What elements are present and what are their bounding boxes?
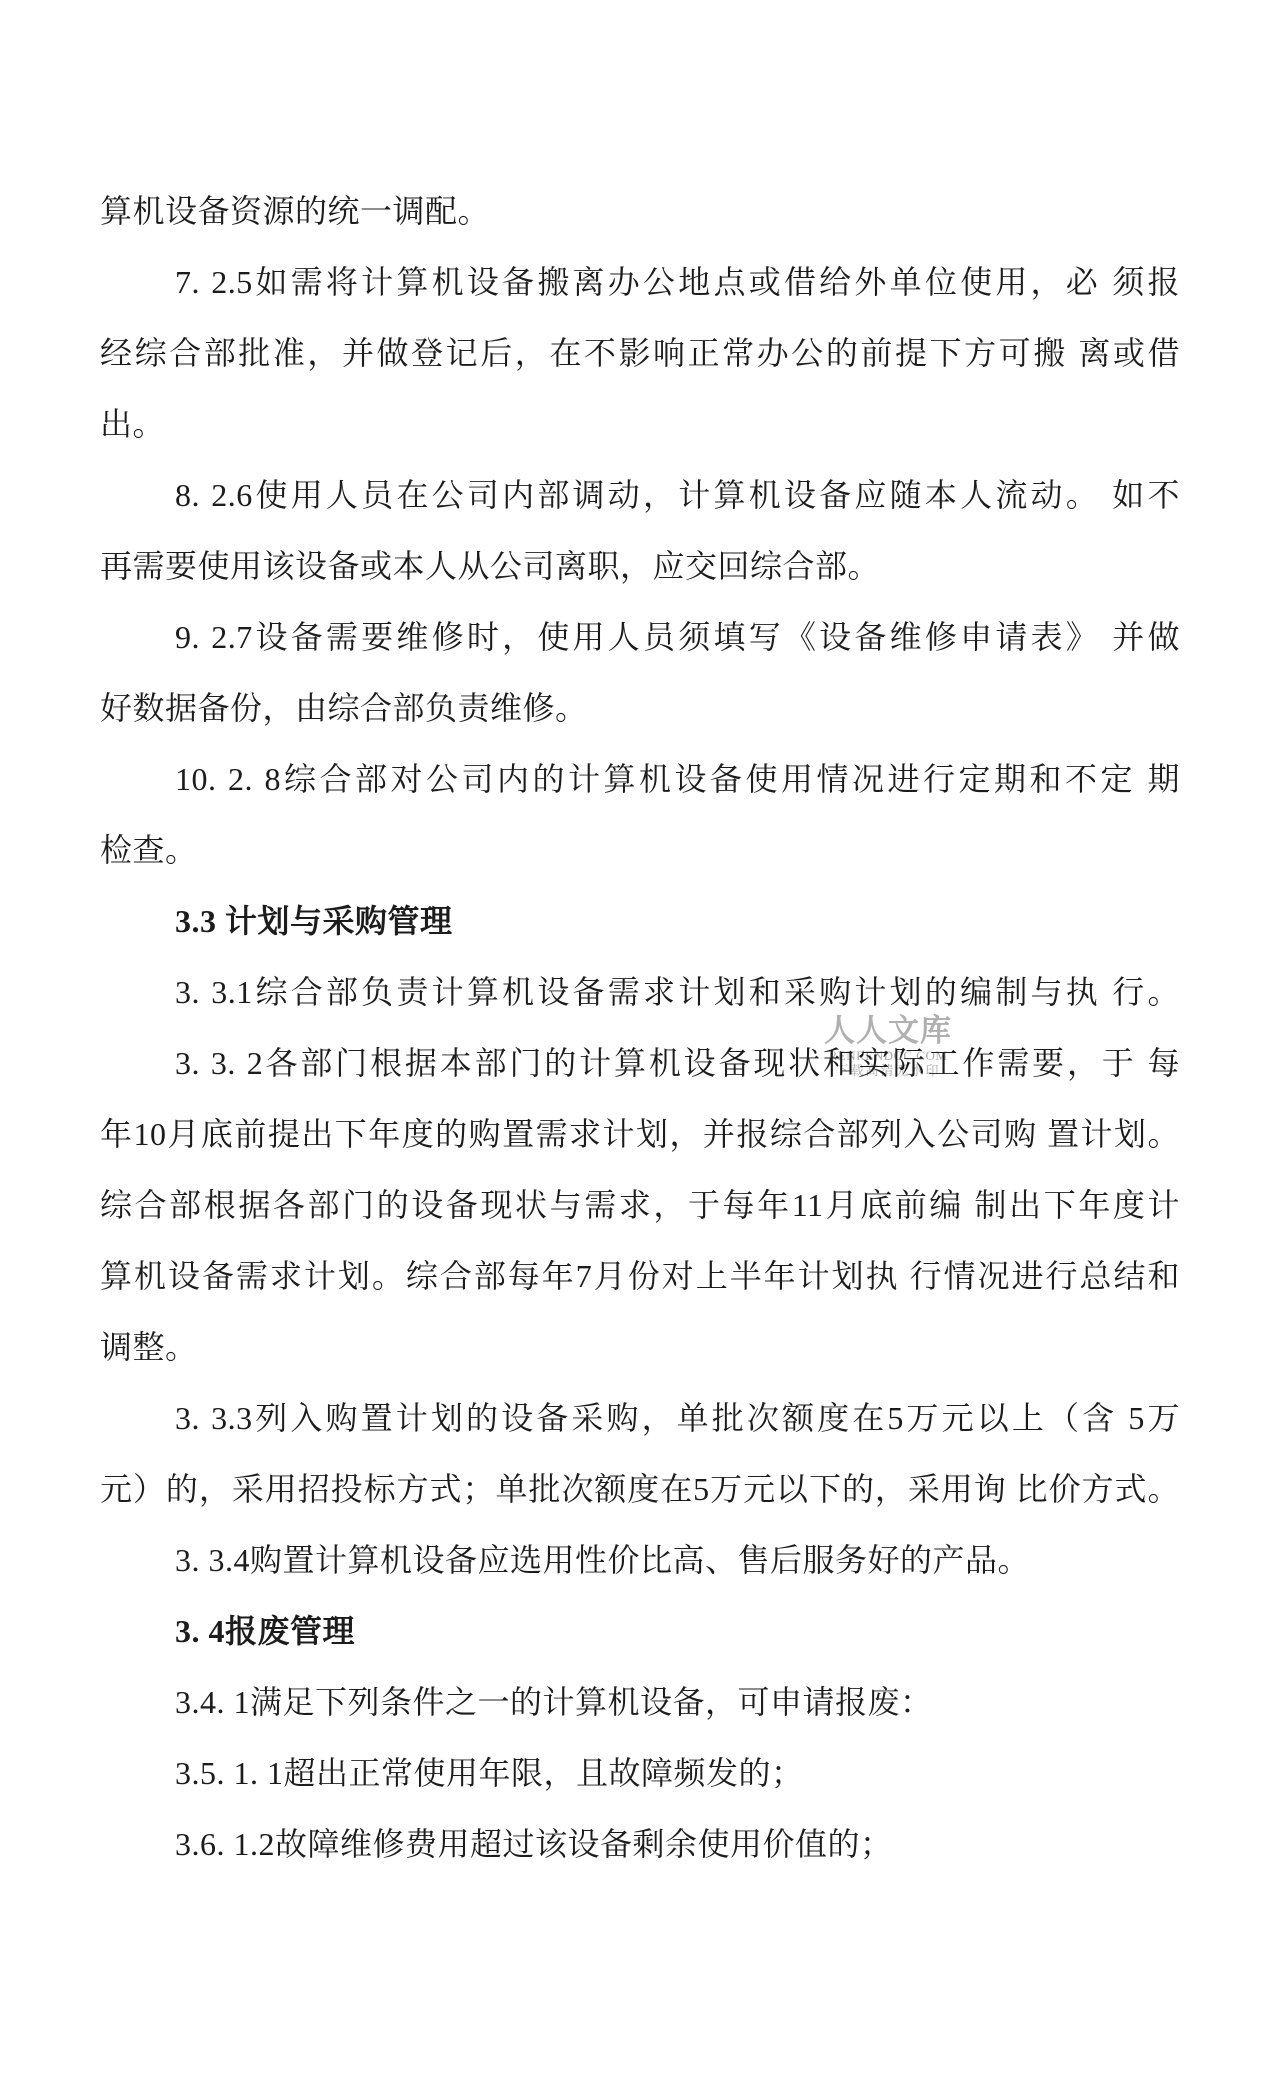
text-line: 元）的，采用招投标方式；单批次额度在5万元以下的，采用询 比价方式。: [100, 1454, 1180, 1525]
text-line: 3. 3.3列入购置计划的设备采购，单批次额度在5万元以上（含 5万: [100, 1383, 1180, 1454]
document-page: 人人文库 RENRENDOC.COM 下载高清无水印 算机设备资源的统一调配。7…: [0, 0, 1275, 2100]
text-line: 出。: [100, 389, 1180, 460]
text-line: 年10月底前提出下年度的购置需求计划，并报综合部列入公司购 置计划。: [100, 1099, 1180, 1170]
text-line: 3. 3.1综合部负责计算机设备需求计划和采购计划的编制与执 行。: [100, 957, 1180, 1028]
text-line: 3.4. 1满足下列条件之一的计算机设备，可申请报废：: [100, 1667, 1180, 1738]
text-line: 3. 3. 2各部门根据本部门的计算机设备现状和实际工作需要，于 每: [100, 1028, 1180, 1099]
text-line: 9. 2.7设备需要维修时，使用人员须填写《设备维修申请表》 并做: [100, 602, 1180, 673]
text-line: 3. 3.4购置计算机设备应选用性价比高、售后服务好的产品。: [100, 1525, 1180, 1596]
text-line: 3.6. 1.2故障维修费用超过该设备剩余使用价值的；: [100, 1809, 1180, 1880]
text-line: 8. 2.6使用人员在公司内部调动，计算机设备应随本人流动。 如不: [100, 460, 1180, 531]
text-line: 再需要使用该设备或本人从公司离职，应交回综合部。: [100, 531, 1180, 602]
text-line: 调整。: [100, 1312, 1180, 1383]
text-line: 10. 2. 8综合部对公司内的计算机设备使用情况进行定期和不定 期: [100, 744, 1180, 815]
document-body: 算机设备资源的统一调配。7. 2.5如需将计算机设备搬离办公地点或借给外单位使用…: [100, 176, 1180, 1880]
text-line: 3. 4报废管理: [100, 1596, 1180, 1667]
text-line: 7. 2.5如需将计算机设备搬离办公地点或借给外单位使用，必 须报: [100, 247, 1180, 318]
text-line: 3.5. 1. 1超出正常使用年限，且故障频发的；: [100, 1738, 1180, 1809]
text-line: 算机设备资源的统一调配。: [100, 176, 1180, 247]
text-line: 经综合部批准，并做登记后，在不影响正常办公的前提下方可搬 离或借: [100, 318, 1180, 389]
text-line: 3.3 计划与采购管理: [100, 886, 1180, 957]
text-line: 综合部根据各部门的设备现状与需求，于每年11月底前编 制出下年度计: [100, 1170, 1180, 1241]
text-line: 好数据备份，由综合部负责维修。: [100, 673, 1180, 744]
text-line: 算机设备需求计划。综合部每年7月份对上半年计划执 行情况进行总结和: [100, 1241, 1180, 1312]
text-line: 检查。: [100, 815, 1180, 886]
